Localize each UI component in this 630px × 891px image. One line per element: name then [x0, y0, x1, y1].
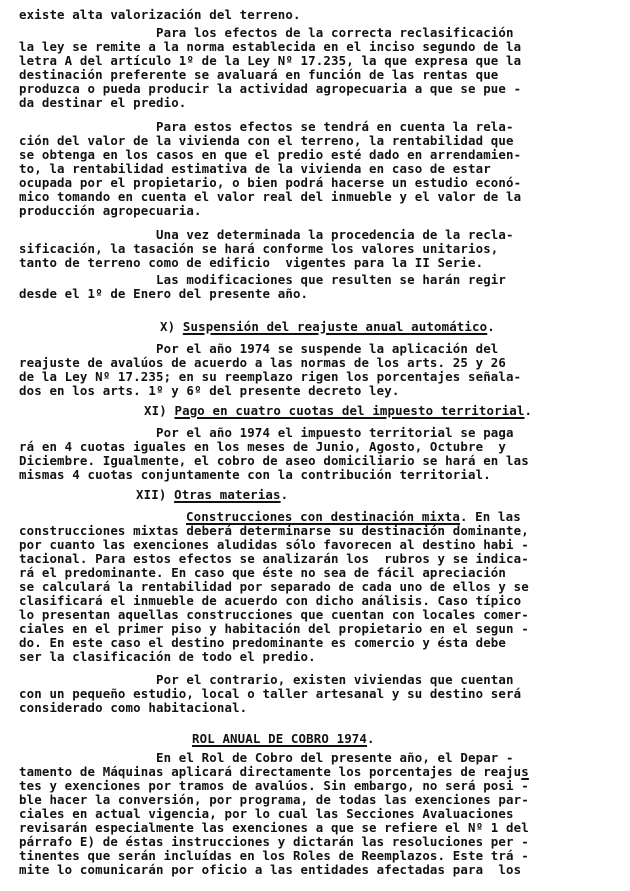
text-line: Por el contrario, existen viviendas que …	[19, 673, 514, 687]
text-line: construcciones mixtas deberá determinars…	[19, 524, 529, 538]
text-line: Por el año 1974 el impuesto territorial …	[19, 426, 514, 440]
text-line: ser la clasificación de todo el predio.	[19, 650, 316, 664]
text-line: rá en 4 cuotas iguales en los meses de J…	[19, 440, 506, 454]
text-line: tamento de Máquinas aplicará directament…	[19, 765, 529, 779]
subheading-title: ROL ANUAL DE COBRO 1974	[192, 731, 367, 746]
section-title: Otras materias	[174, 487, 281, 502]
text-line: considerado como habitacional.	[19, 701, 247, 715]
text-line: destinación preferente se avaluará en fu…	[19, 68, 498, 82]
text-line: lo presentan aquellas construcciones que…	[19, 608, 529, 622]
section-heading-xii: XII) Otras materias.	[136, 488, 288, 502]
section-title: Pago en cuatro cuotas del impuesto terri…	[174, 403, 524, 418]
text-line: Las modificaciones que resulten se harán…	[19, 273, 506, 287]
section-number: XI)	[144, 403, 167, 418]
document-page: existe alta valorización del terreno. Pa…	[0, 0, 630, 891]
subheading-title: Construcciones con destinación mixta	[186, 509, 460, 524]
section-title-suffix: .	[525, 403, 533, 418]
section-title-suffix: .	[487, 319, 495, 334]
text-line: dos en los arts. 1º y 6º del presente de…	[19, 384, 400, 398]
text-line: Para estos efectos se tendrá en cuenta l…	[19, 120, 514, 134]
text-line: ciales en actual vigencia, por lo cual l…	[19, 807, 514, 821]
section-number: X)	[160, 319, 175, 334]
text-segment-underlined: s	[521, 764, 529, 779]
text-line: se calculará la rentabilidad por separad…	[19, 580, 529, 594]
text-line: desde el 1º de Enero del presente año.	[19, 287, 308, 301]
text-line: la ley se remite a la norma establecida …	[19, 40, 521, 54]
text-line: existe alta valorización del terreno.	[19, 8, 301, 22]
section-title: Suspensión del reajuste anual automático	[183, 319, 487, 334]
text-line: da destinar el predio.	[19, 96, 186, 110]
text-line: Para los efectos de la correcta reclasif…	[19, 26, 514, 40]
text-line: tes y exenciones por tramos de avalúos. …	[19, 779, 529, 793]
text-line: ciales en el primer piso y habitación de…	[19, 622, 529, 636]
text-line: Una vez determinada la procedencia de la…	[19, 228, 514, 242]
text-line: mite lo comunicarán por oficio a las ent…	[19, 863, 521, 877]
text-line: con un pequeño estudio, local o taller a…	[19, 687, 521, 701]
text-line: por cuanto las exenciones aludidas sólo …	[19, 538, 529, 552]
subheading-suffix: . En las	[460, 509, 521, 524]
text-line: Diciembre. Igualmente, el cobro de aseo …	[19, 454, 529, 468]
subheading-mixed-use: Construcciones con destinación mixta. En…	[186, 510, 521, 524]
section-heading-x: X) Suspensión del reajuste anual automát…	[160, 320, 495, 334]
text-line: produzca o pueda producir la actividad a…	[19, 82, 521, 96]
text-line: tanto de terreno como de edificio vigent…	[19, 256, 483, 270]
text-line: producción agropecuaria.	[19, 204, 202, 218]
text-line: ocupada por el propietario, o bien podrá…	[19, 176, 521, 190]
section-number: XII)	[136, 487, 166, 502]
text-line: tinentes que serán incluídas en los Role…	[19, 849, 529, 863]
text-line: reajuste de avalúos de acuerdo a las nor…	[19, 356, 506, 370]
text-line: de la Ley Nº 17.235; en su reemplazo rig…	[19, 370, 521, 384]
text-segment: tamento de Máquinas aplicará directament…	[19, 764, 521, 779]
subheading-suffix: .	[367, 731, 375, 746]
section-heading-xi: XI) Pago en cuatro cuotas del impuesto t…	[144, 404, 532, 418]
text-line: ción del valor de la vivienda con el ter…	[19, 134, 514, 148]
text-line: do. En este caso el destino predominante…	[19, 636, 506, 650]
text-line: sificación, la tasación se hará conforme…	[19, 242, 498, 256]
text-line: párrafo E) de éstas instrucciones y dict…	[19, 835, 529, 849]
text-line: En el Rol de Cobro del presente año, el …	[19, 751, 514, 765]
section-title-suffix: .	[281, 487, 289, 502]
text-line: se obtenga en los casos en que el predio…	[19, 148, 521, 162]
text-line: mismas 4 cuotas conjuntamente con la con…	[19, 468, 491, 482]
text-line: mico tomando en cuenta el valor real del…	[19, 190, 521, 204]
text-line: rá el predominante. En caso que éste no …	[19, 566, 506, 580]
text-line: ble hacer la conversión, por programa, d…	[19, 793, 529, 807]
subheading-rol-anual: ROL ANUAL DE COBRO 1974.	[192, 732, 375, 746]
text-line: Por el año 1974 se suspende la aplicació…	[19, 342, 498, 356]
text-line: clasificará el inmueble de acuerdo con d…	[19, 594, 521, 608]
text-line: letra A del artículo 1º de la Ley Nº 17.…	[19, 54, 521, 68]
text-line: to, la rentabilidad estimativa de la viv…	[19, 162, 491, 176]
text-line: tacional. Para estos efectos se analizar…	[19, 552, 529, 566]
text-line: revisarán especialmente las exenciones a…	[19, 821, 529, 835]
